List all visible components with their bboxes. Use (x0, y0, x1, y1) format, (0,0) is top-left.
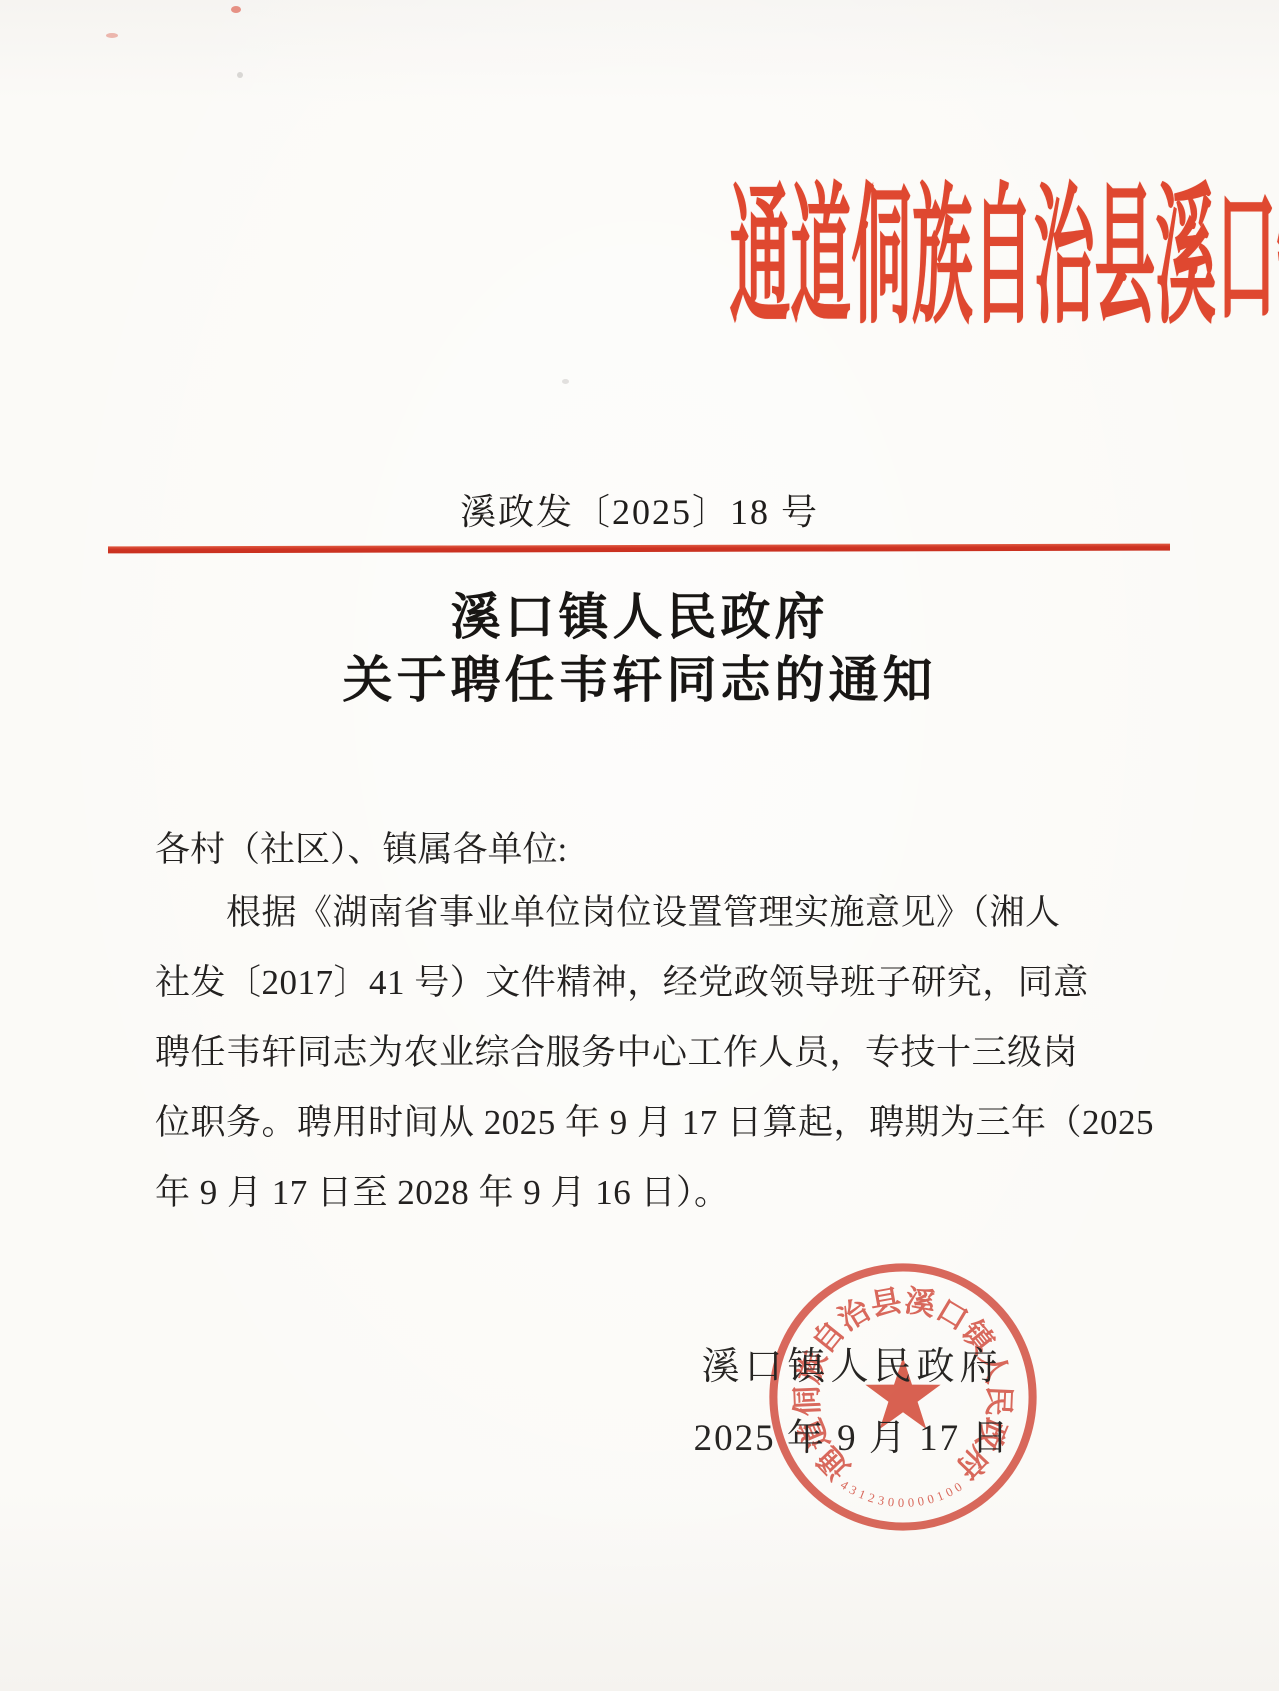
document-page: 通道侗族自治县溪口镇人民政府文件 溪政发〔2025〕18 号 溪口镇人民政府 关… (0, 0, 1279, 1691)
document-title-line1: 溪口镇人民政府 (0, 586, 1279, 649)
body-line: 社发〔2017〕41 号）文件精神，经党政领导班子研究，同意 (155, 948, 1045, 1018)
document-title-line2: 关于聘任韦轩同志的通知 (0, 649, 1279, 712)
body-paragraph: 根据《湖南省事业单位岗位设置管理实施意见》（湘人 社发〔2017〕41 号）文件… (155, 878, 1045, 1228)
scan-artifact (562, 379, 569, 384)
scan-artifact (106, 33, 118, 38)
document-title: 溪口镇人民政府 关于聘任韦轩同志的通知 (0, 586, 1279, 712)
document-number: 溪政发〔2025〕18 号 (0, 484, 1279, 535)
agency-header-title: 通道侗族自治县溪口镇人民政府文件 (730, 176, 1279, 340)
body-line: 位职务。聘用时间从 2025 年 9 月 17 日算起，聘期为三年（2025 (155, 1088, 1045, 1158)
red-separator-rule (108, 544, 1170, 554)
red-header-band: 通道侗族自治县溪口镇人民政府文件 (0, 176, 1279, 340)
seal-serial-number: 4312300000100 (838, 1478, 968, 1510)
scan-artifact (231, 6, 241, 13)
body-line: 聘任韦轩同志为农业综合服务中心工作人员，专技十三级岗 (155, 1018, 1045, 1088)
scan-artifact (237, 72, 243, 78)
body-line: 年 9 月 17 日至 2028 年 9 月 16 日）。 (155, 1158, 1045, 1228)
body-line: 根据《湖南省事业单位岗位设置管理实施意见》（湘人 (155, 878, 1045, 948)
signature-organization: 溪口镇人民政府 (612, 1332, 1092, 1402)
signature-date: 2025 年 9 月 17 日 (612, 1404, 1092, 1474)
salutation-line: 各村（社区）、镇属各单位: (155, 815, 567, 885)
svg-text:4312300000100: 4312300000100 (838, 1478, 968, 1510)
